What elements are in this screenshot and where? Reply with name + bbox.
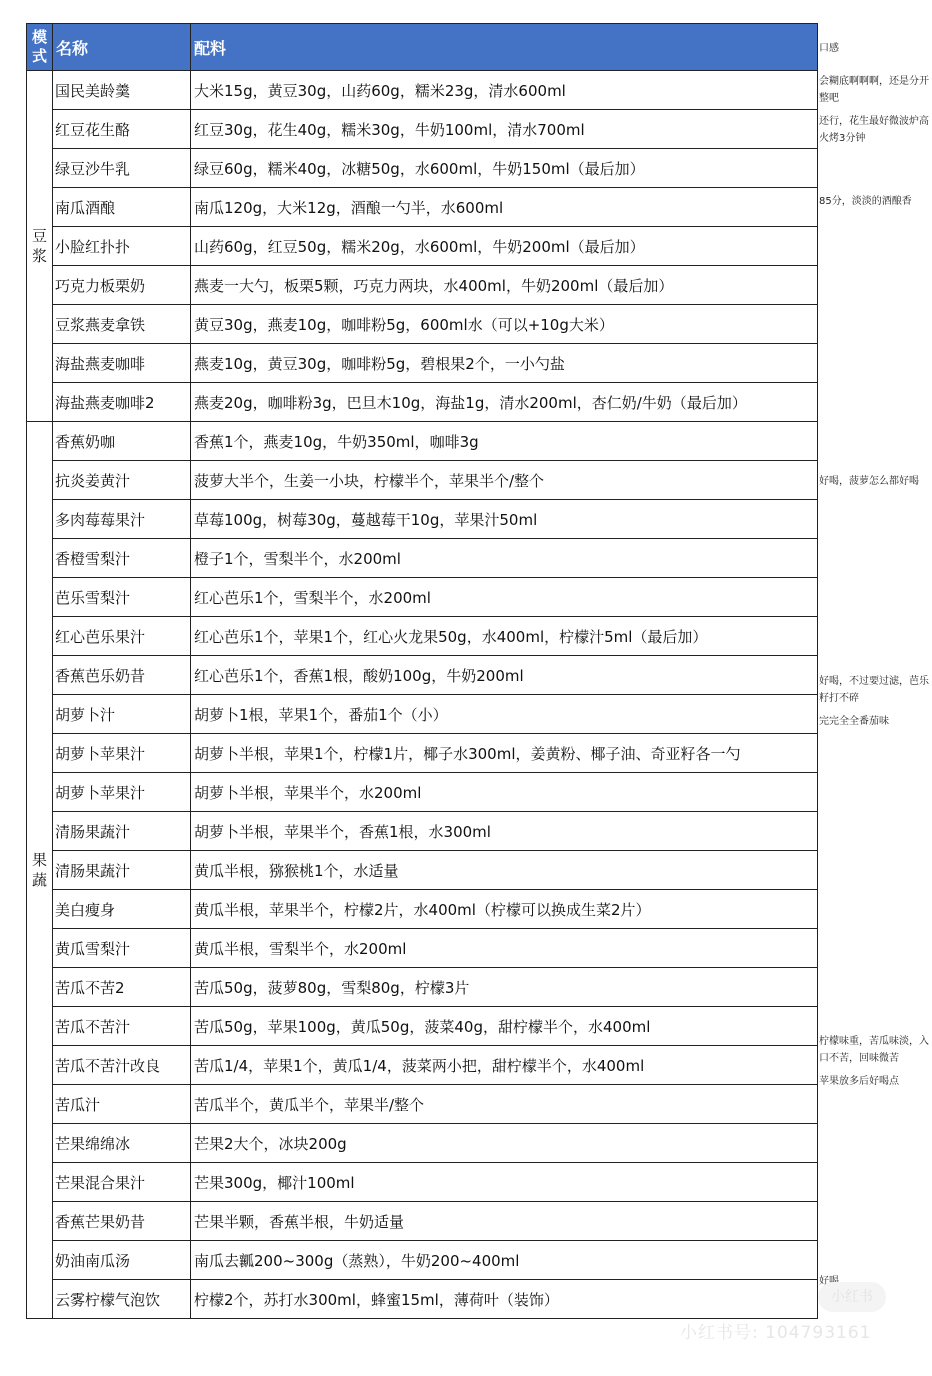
header-ingredients: 配料 <box>191 24 818 71</box>
ingredients-cell: 燕麦20g，咖啡粉3g，巴旦木10g，海盐1g，清水200ml，杏仁奶/牛奶（最… <box>191 383 818 422</box>
recipe-name-cell: 美白瘦身 <box>53 890 191 929</box>
recipe-name-cell: 云雾柠檬气泡饮 <box>53 1280 191 1319</box>
table-row: 香蕉芒果奶昔芒果半颗，香蕉半根，牛奶适量 <box>27 1202 818 1241</box>
recipe-name-cell: 香蕉芭乐奶昔 <box>53 656 191 695</box>
table-row: 红豆花生酪红豆30g，花生40g，糯米30g，牛奶100ml，清水700ml <box>27 110 818 149</box>
taste-note: 85分，淡淡的酒酿香 <box>819 193 931 210</box>
table-row: 黄瓜雪梨汁黄瓜半根，雪梨半个，水200ml <box>27 929 818 968</box>
ingredients-cell: 黄豆30g，燕麦10g，咖啡粉5g，600ml水（可以+10g大米） <box>191 305 818 344</box>
ingredients-cell: 柠檬2个，苏打水300ml，蜂蜜15ml，薄荷叶（装饰） <box>191 1280 818 1319</box>
table-row: 苦瓜汁苦瓜半个，黄瓜半个，苹果半/整个 <box>27 1085 818 1124</box>
recipe-name-cell: 海盐燕麦咖啡2 <box>53 383 191 422</box>
ingredients-cell: 草莓100g，树莓30g，蔓越莓干10g，苹果汁50ml <box>191 500 818 539</box>
taste-note: 还行，花生最好微波炉高火烤3分钟 <box>819 113 931 147</box>
table-row: 苦瓜不苦2苦瓜50g，菠萝80g，雪梨80g，柠檬3片 <box>27 968 818 1007</box>
recipe-name-cell: 苦瓜不苦汁 <box>53 1007 191 1046</box>
recipe-name-cell: 苦瓜不苦汁改良 <box>53 1046 191 1085</box>
recipe-name-cell: 清肠果蔬汁 <box>53 812 191 851</box>
recipe-name-cell: 南瓜酒酿 <box>53 188 191 227</box>
watermark-badge: 小红书 <box>818 1282 886 1312</box>
table-row: 香蕉芭乐奶昔红心芭乐1个，香蕉1根，酸奶100g，牛奶200ml <box>27 656 818 695</box>
table-row: 豆浆国民美龄羹大米15g，黄豆30g，山药60g，糯米23g，清水600ml <box>27 71 818 110</box>
ingredients-cell: 红豆30g，花生40g，糯米30g，牛奶100ml，清水700ml <box>191 110 818 149</box>
ingredients-cell: 苦瓜50g，苹果100g，黄瓜50g，菠菜40g，甜柠檬半个，水400ml <box>191 1007 818 1046</box>
ingredients-cell: 红心芭乐1个，雪梨半个，水200ml <box>191 578 818 617</box>
taste-note: 完完全全番茄味 <box>819 713 931 730</box>
recipe-table: 模式 名称 配料 豆浆国民美龄羹大米15g，黄豆30g，山药60g，糯米23g，… <box>26 23 818 1319</box>
ingredients-cell: 红心芭乐1个，苹果1个，红心火龙果50g，水400ml，柠檬汁5ml（最后加） <box>191 617 818 656</box>
recipe-name-cell: 豆浆燕麦拿铁 <box>53 305 191 344</box>
taste-note: 好喝，不过要过滤，芭乐籽打不碎 <box>819 673 931 707</box>
taste-note: 会糊底啊啊啊，还是分开整吧 <box>819 73 931 107</box>
header-name: 名称 <box>53 24 191 71</box>
ingredients-cell: 苦瓜50g，菠萝80g，雪梨80g，柠檬3片 <box>191 968 818 1007</box>
ingredients-cell: 黄瓜半根，雪梨半个，水200ml <box>191 929 818 968</box>
ingredients-cell: 大米15g，黄豆30g，山药60g，糯米23g，清水600ml <box>191 71 818 110</box>
table-row: 海盐燕麦咖啡燕麦10g，黄豆30g，咖啡粉5g，碧根果2个，一小勺盐 <box>27 344 818 383</box>
recipe-name-cell: 奶油南瓜汤 <box>53 1241 191 1280</box>
recipe-name-cell: 海盐燕麦咖啡 <box>53 344 191 383</box>
recipe-name-cell: 香蕉芒果奶昔 <box>53 1202 191 1241</box>
ingredients-cell: 红心芭乐1个，香蕉1根，酸奶100g，牛奶200ml <box>191 656 818 695</box>
watermark-id: 小红书号: 104793161 <box>680 1318 871 1343</box>
table-row: 抗炎姜黄汁菠萝大半个，生姜一小块，柠檬半个，苹果半个/整个 <box>27 461 818 500</box>
recipe-name-cell: 黄瓜雪梨汁 <box>53 929 191 968</box>
recipe-name-cell: 小脸红扑扑 <box>53 227 191 266</box>
table-row: 胡萝卜苹果汁胡萝卜半根，苹果1个，柠檬1片，椰子水300ml，姜黄粉、椰子油、奇… <box>27 734 818 773</box>
ingredients-cell: 芒果半颗，香蕉半根，牛奶适量 <box>191 1202 818 1241</box>
table-row: 清肠果蔬汁胡萝卜半根，苹果半个，香蕉1根，水300ml <box>27 812 818 851</box>
ingredients-cell: 燕麦一大勺，板栗5颗，巧克力两块，水400ml，牛奶200ml（最后加） <box>191 266 818 305</box>
table-row: 苦瓜不苦汁改良苦瓜1/4，苹果1个，黄瓜1/4，菠菜两小把，甜柠檬半个，水400… <box>27 1046 818 1085</box>
table-row: 芒果绵绵冰芒果2大个，冰块200g <box>27 1124 818 1163</box>
header-taste: 口感 <box>819 40 931 57</box>
ingredients-cell: 黄瓜半根，苹果半个，柠檬2片，水400ml（柠檬可以换成生菜2片） <box>191 890 818 929</box>
table-header-row: 模式 名称 配料 <box>27 24 818 71</box>
table-row: 海盐燕麦咖啡2燕麦20g，咖啡粉3g，巴旦木10g，海盐1g，清水200ml，杏… <box>27 383 818 422</box>
table-row: 美白瘦身黄瓜半根，苹果半个，柠檬2片，水400ml（柠檬可以换成生菜2片） <box>27 890 818 929</box>
mode-cell: 豆浆 <box>27 71 53 422</box>
ingredients-cell: 胡萝卜1根，苹果1个，番茄1个（小） <box>191 695 818 734</box>
recipe-name-cell: 红豆花生酪 <box>53 110 191 149</box>
table-row: 巧克力板栗奶燕麦一大勺，板栗5颗，巧克力两块，水400ml，牛奶200ml（最后… <box>27 266 818 305</box>
ingredients-cell: 香蕉1个，燕麦10g，牛奶350ml，咖啡3g <box>191 422 818 461</box>
recipe-name-cell: 巧克力板栗奶 <box>53 266 191 305</box>
ingredients-cell: 苦瓜1/4，苹果1个，黄瓜1/4，菠菜两小把，甜柠檬半个，水400ml <box>191 1046 818 1085</box>
recipe-name-cell: 芒果混合果汁 <box>53 1163 191 1202</box>
recipe-name-cell: 胡萝卜苹果汁 <box>53 734 191 773</box>
ingredients-cell: 南瓜120g，大米12g，酒酿一勺半，水600ml <box>191 188 818 227</box>
recipe-name-cell: 苦瓜汁 <box>53 1085 191 1124</box>
table-row: 多肉莓莓果汁草莓100g，树莓30g，蔓越莓干10g，苹果汁50ml <box>27 500 818 539</box>
recipe-name-cell: 胡萝卜汁 <box>53 695 191 734</box>
recipe-name-cell: 红心芭乐果汁 <box>53 617 191 656</box>
ingredients-cell: 黄瓜半根，猕猴桃1个，水适量 <box>191 851 818 890</box>
ingredients-cell: 胡萝卜半根，苹果半个，香蕉1根，水300ml <box>191 812 818 851</box>
recipe-name-cell: 国民美龄羹 <box>53 71 191 110</box>
ingredients-cell: 燕麦10g，黄豆30g，咖啡粉5g，碧根果2个，一小勺盐 <box>191 344 818 383</box>
taste-note: 苹果放多后好喝点 <box>819 1073 931 1090</box>
ingredients-cell: 芒果300g，椰汁100ml <box>191 1163 818 1202</box>
ingredients-cell: 山药60g，红豆50g，糯米20g，水600ml，牛奶200ml（最后加） <box>191 227 818 266</box>
ingredients-cell: 芒果2大个，冰块200g <box>191 1124 818 1163</box>
ingredients-cell: 橙子1个，雪梨半个，水200ml <box>191 539 818 578</box>
recipe-name-cell: 芒果绵绵冰 <box>53 1124 191 1163</box>
table-row: 果蔬香蕉奶咖香蕉1个，燕麦10g，牛奶350ml，咖啡3g <box>27 422 818 461</box>
table-row: 豆浆燕麦拿铁黄豆30g，燕麦10g，咖啡粉5g，600ml水（可以+10g大米） <box>27 305 818 344</box>
table-row: 芭乐雪梨汁红心芭乐1个，雪梨半个，水200ml <box>27 578 818 617</box>
table-row: 绿豆沙牛乳绿豆60g，糯米40g，冰糖50g，水600ml，牛奶150ml（最后… <box>27 149 818 188</box>
taste-note: 好喝，菠萝怎么都好喝 <box>819 473 931 490</box>
recipe-sheet: 模式 名称 配料 豆浆国民美龄羹大米15g，黄豆30g，山药60g，糯米23g，… <box>26 23 818 1319</box>
table-row: 清肠果蔬汁黄瓜半根，猕猴桃1个，水适量 <box>27 851 818 890</box>
recipe-name-cell: 芭乐雪梨汁 <box>53 578 191 617</box>
taste-note: 柠檬味重，苦瓜味淡，入口不苦，回味微苦 <box>819 1033 931 1067</box>
table-row: 南瓜酒酿南瓜120g，大米12g，酒酿一勺半，水600ml <box>27 188 818 227</box>
table-row: 胡萝卜汁胡萝卜1根，苹果1个，番茄1个（小） <box>27 695 818 734</box>
header-mode: 模式 <box>27 24 53 71</box>
table-row: 苦瓜不苦汁苦瓜50g，苹果100g，黄瓜50g，菠菜40g，甜柠檬半个，水400… <box>27 1007 818 1046</box>
ingredients-cell: 苦瓜半个，黄瓜半个，苹果半/整个 <box>191 1085 818 1124</box>
mode-cell: 果蔬 <box>27 422 53 1319</box>
recipe-name-cell: 清肠果蔬汁 <box>53 851 191 890</box>
table-row: 云雾柠檬气泡饮柠檬2个，苏打水300ml，蜂蜜15ml，薄荷叶（装饰） <box>27 1280 818 1319</box>
recipe-name-cell: 苦瓜不苦2 <box>53 968 191 1007</box>
recipe-name-cell: 绿豆沙牛乳 <box>53 149 191 188</box>
table-row: 芒果混合果汁芒果300g，椰汁100ml <box>27 1163 818 1202</box>
table-row: 奶油南瓜汤南瓜去瓤200~300g（蒸熟），牛奶200~400ml <box>27 1241 818 1280</box>
table-row: 小脸红扑扑山药60g，红豆50g，糯米20g，水600ml，牛奶200ml（最后… <box>27 227 818 266</box>
ingredients-cell: 胡萝卜半根，苹果1个，柠檬1片，椰子水300ml，姜黄粉、椰子油、奇亚籽各一勺 <box>191 734 818 773</box>
recipe-name-cell: 胡萝卜苹果汁 <box>53 773 191 812</box>
table-row: 红心芭乐果汁红心芭乐1个，苹果1个，红心火龙果50g，水400ml，柠檬汁5ml… <box>27 617 818 656</box>
recipe-name-cell: 多肉莓莓果汁 <box>53 500 191 539</box>
recipe-name-cell: 香蕉奶咖 <box>53 422 191 461</box>
table-row: 胡萝卜苹果汁胡萝卜半根，苹果半个，水200ml <box>27 773 818 812</box>
recipe-name-cell: 香橙雪梨汁 <box>53 539 191 578</box>
table-row: 香橙雪梨汁橙子1个，雪梨半个，水200ml <box>27 539 818 578</box>
ingredients-cell: 南瓜去瓤200~300g（蒸熟），牛奶200~400ml <box>191 1241 818 1280</box>
recipe-name-cell: 抗炎姜黄汁 <box>53 461 191 500</box>
ingredients-cell: 胡萝卜半根，苹果半个，水200ml <box>191 773 818 812</box>
ingredients-cell: 菠萝大半个，生姜一小块，柠檬半个，苹果半个/整个 <box>191 461 818 500</box>
ingredients-cell: 绿豆60g，糯米40g，冰糖50g，水600ml，牛奶150ml（最后加） <box>191 149 818 188</box>
